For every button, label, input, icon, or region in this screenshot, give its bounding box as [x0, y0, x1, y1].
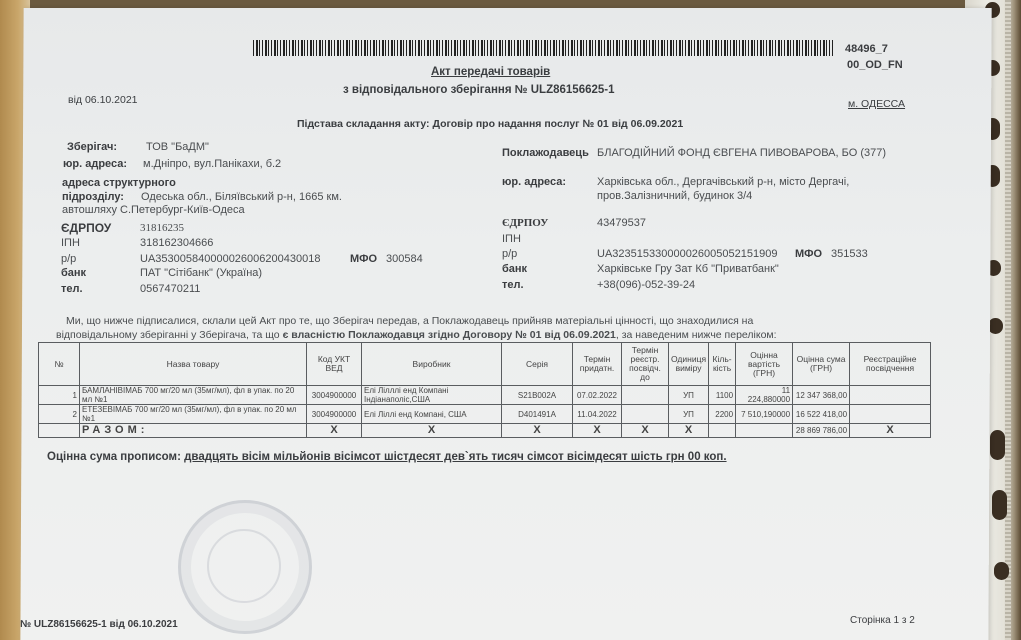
- document-title: Акт передачі товарів: [431, 66, 550, 78]
- keeper-edrpou: 31816235: [140, 222, 184, 234]
- keeper-name: ТОВ "БаДМ": [146, 141, 209, 153]
- depositor-phone: +38(096)-052-39-24: [597, 279, 695, 291]
- depositor-name: БЛАГОДІЙНИЙ ФОНД ЄВГЕНА ПИВОВАРОВА, БО (…: [597, 147, 886, 159]
- date-value: 06.10.2021: [85, 94, 138, 106]
- keeper-mfo-label: МФО: [350, 253, 377, 265]
- depositor-mfo: 351533: [831, 248, 868, 260]
- depositor-phone-label: тел.: [502, 279, 524, 291]
- col-header-expiry: Термін придатн.: [573, 343, 622, 386]
- depositor-address-1: Харківська обл., Дергачівський р-н, міст…: [597, 176, 849, 188]
- seal-stamp: [178, 500, 312, 634]
- depositor-address-label: юр. адреса:: [502, 176, 566, 188]
- binder-hole: [988, 318, 1003, 334]
- depositor-account: UA323515330000026005052151909: [597, 248, 777, 260]
- depositor-edrpou: 43479537: [597, 217, 646, 229]
- col-header-reg-cert: Реєстраційне посвідчення: [850, 343, 931, 386]
- footer-doc-ref: № ULZ86156625-1 від 06.10.2021: [20, 619, 178, 630]
- date-prefix: від: [68, 94, 82, 106]
- binder-hole: [990, 430, 1005, 460]
- depositor-bank-label: банк: [502, 263, 527, 275]
- keeper-mfo: 300584: [386, 253, 423, 265]
- keeper-bank-label: банк: [61, 267, 86, 279]
- binder-hole: [992, 490, 1007, 520]
- col-header-manufacturer: Виробник: [362, 343, 502, 386]
- keeper-address: м.Дніпро, вул.Панікахи, б.2: [143, 158, 281, 170]
- col-header-unit: Одиниця виміру: [669, 343, 709, 386]
- keeper-ipn-label: ІПН: [61, 237, 80, 249]
- keeper-address-label: юр. адреса:: [63, 158, 127, 170]
- depositor-edrpou-label: ЄДРПОУ: [502, 217, 548, 229]
- keeper-ipn: 318162304666: [140, 237, 213, 249]
- col-header-price: Оцінна вартість (ГРН): [736, 343, 793, 386]
- keeper-account-label: р/р: [61, 253, 76, 265]
- depositor-label: Поклажодавець: [502, 147, 589, 159]
- binder-edge: [1005, 0, 1011, 640]
- barcode: [253, 40, 833, 56]
- keeper-label: Зберігач:: [67, 141, 117, 153]
- col-header-code: Код УКТ ВЕД: [307, 343, 362, 386]
- keeper-phone: 0567470211: [140, 283, 200, 295]
- total-label: РАЗОМ:: [80, 424, 307, 438]
- keeper-branch-address-2: автошляху С.Петербург-Київ-Одеса: [62, 204, 245, 216]
- col-header-series: Серія: [502, 343, 573, 386]
- depositor-bank: Харківське Гру Зат Кб "Приватбанк": [597, 263, 779, 275]
- footer-page-number: Сторінка 1 з 2: [850, 615, 915, 626]
- table-row: 1 БАМЛАНІВІМАБ 700 мг/20 мл (35мг/мл), ф…: [39, 386, 931, 405]
- col-header-reg-until: Термін реєстр. посвідч. до: [622, 343, 669, 386]
- document-date: від 06.10.2021: [68, 94, 138, 106]
- keeper-bank: ПАТ "Сітібанк" (Україна): [140, 267, 262, 279]
- sum-in-words: Оцінна сума прописом: двадцять вісім міл…: [47, 451, 727, 463]
- keeper-phone-label: тел.: [61, 283, 83, 295]
- depositor-mfo-label: МФО: [795, 248, 822, 260]
- sum-in-words-label: Оцінна сума прописом:: [47, 451, 181, 463]
- doc-code-2: 00_OD_FN: [847, 59, 903, 71]
- statement-line-1: Ми, що нижче підписалися, склали цей Акт…: [66, 315, 753, 327]
- keeper-account: UA353005840000026006200430018: [140, 253, 320, 265]
- keeper-branch-address-1: Одеська обл., Біляївський р-н, 1665 км.: [141, 191, 342, 203]
- keeper-branch-label-2: підрозділу:: [62, 191, 124, 203]
- act-basis: Підстава складання акту: Договір про над…: [297, 118, 683, 130]
- depositor-ipn-label: ІПН: [502, 233, 521, 245]
- col-header-qty: Кіль-кість: [709, 343, 736, 386]
- table-row: 2 ЕТЕЗЕВІМАБ 700 мг/20 мл (35мг/мл), фл …: [39, 405, 931, 424]
- depositor-account-label: р/р: [502, 248, 517, 260]
- col-header-no: №: [39, 343, 80, 386]
- statement-line-2: відповідальному зберіганні у Зберігача, …: [56, 329, 777, 341]
- doc-code-1: 48496_7: [845, 43, 888, 55]
- col-header-name: Назва товару: [80, 343, 307, 386]
- depositor-address-2: пров.Залізничний, будинок 3/4: [597, 190, 752, 202]
- document-subtitle: з відповідального зберігання № ULZ861566…: [343, 84, 615, 96]
- binder-hole: [994, 562, 1009, 580]
- keeper-edrpou-label: ЄДРПОУ: [61, 221, 111, 235]
- table-total-row: РАЗОМ: X X X X X X 28 869 786,00 X: [39, 424, 931, 438]
- sum-in-words-value: двадцять вісім мільйонів вісімсот шістде…: [184, 451, 726, 463]
- goods-table: № Назва товару Код УКТ ВЕД Виробник Сері…: [38, 342, 931, 438]
- col-header-sum: Оцінна сума (ГРН): [793, 343, 850, 386]
- total-sum: 28 869 786,00: [793, 424, 850, 438]
- city: м. ОДЕССА: [848, 98, 905, 110]
- keeper-branch-label-1: адреса структурного: [62, 177, 176, 189]
